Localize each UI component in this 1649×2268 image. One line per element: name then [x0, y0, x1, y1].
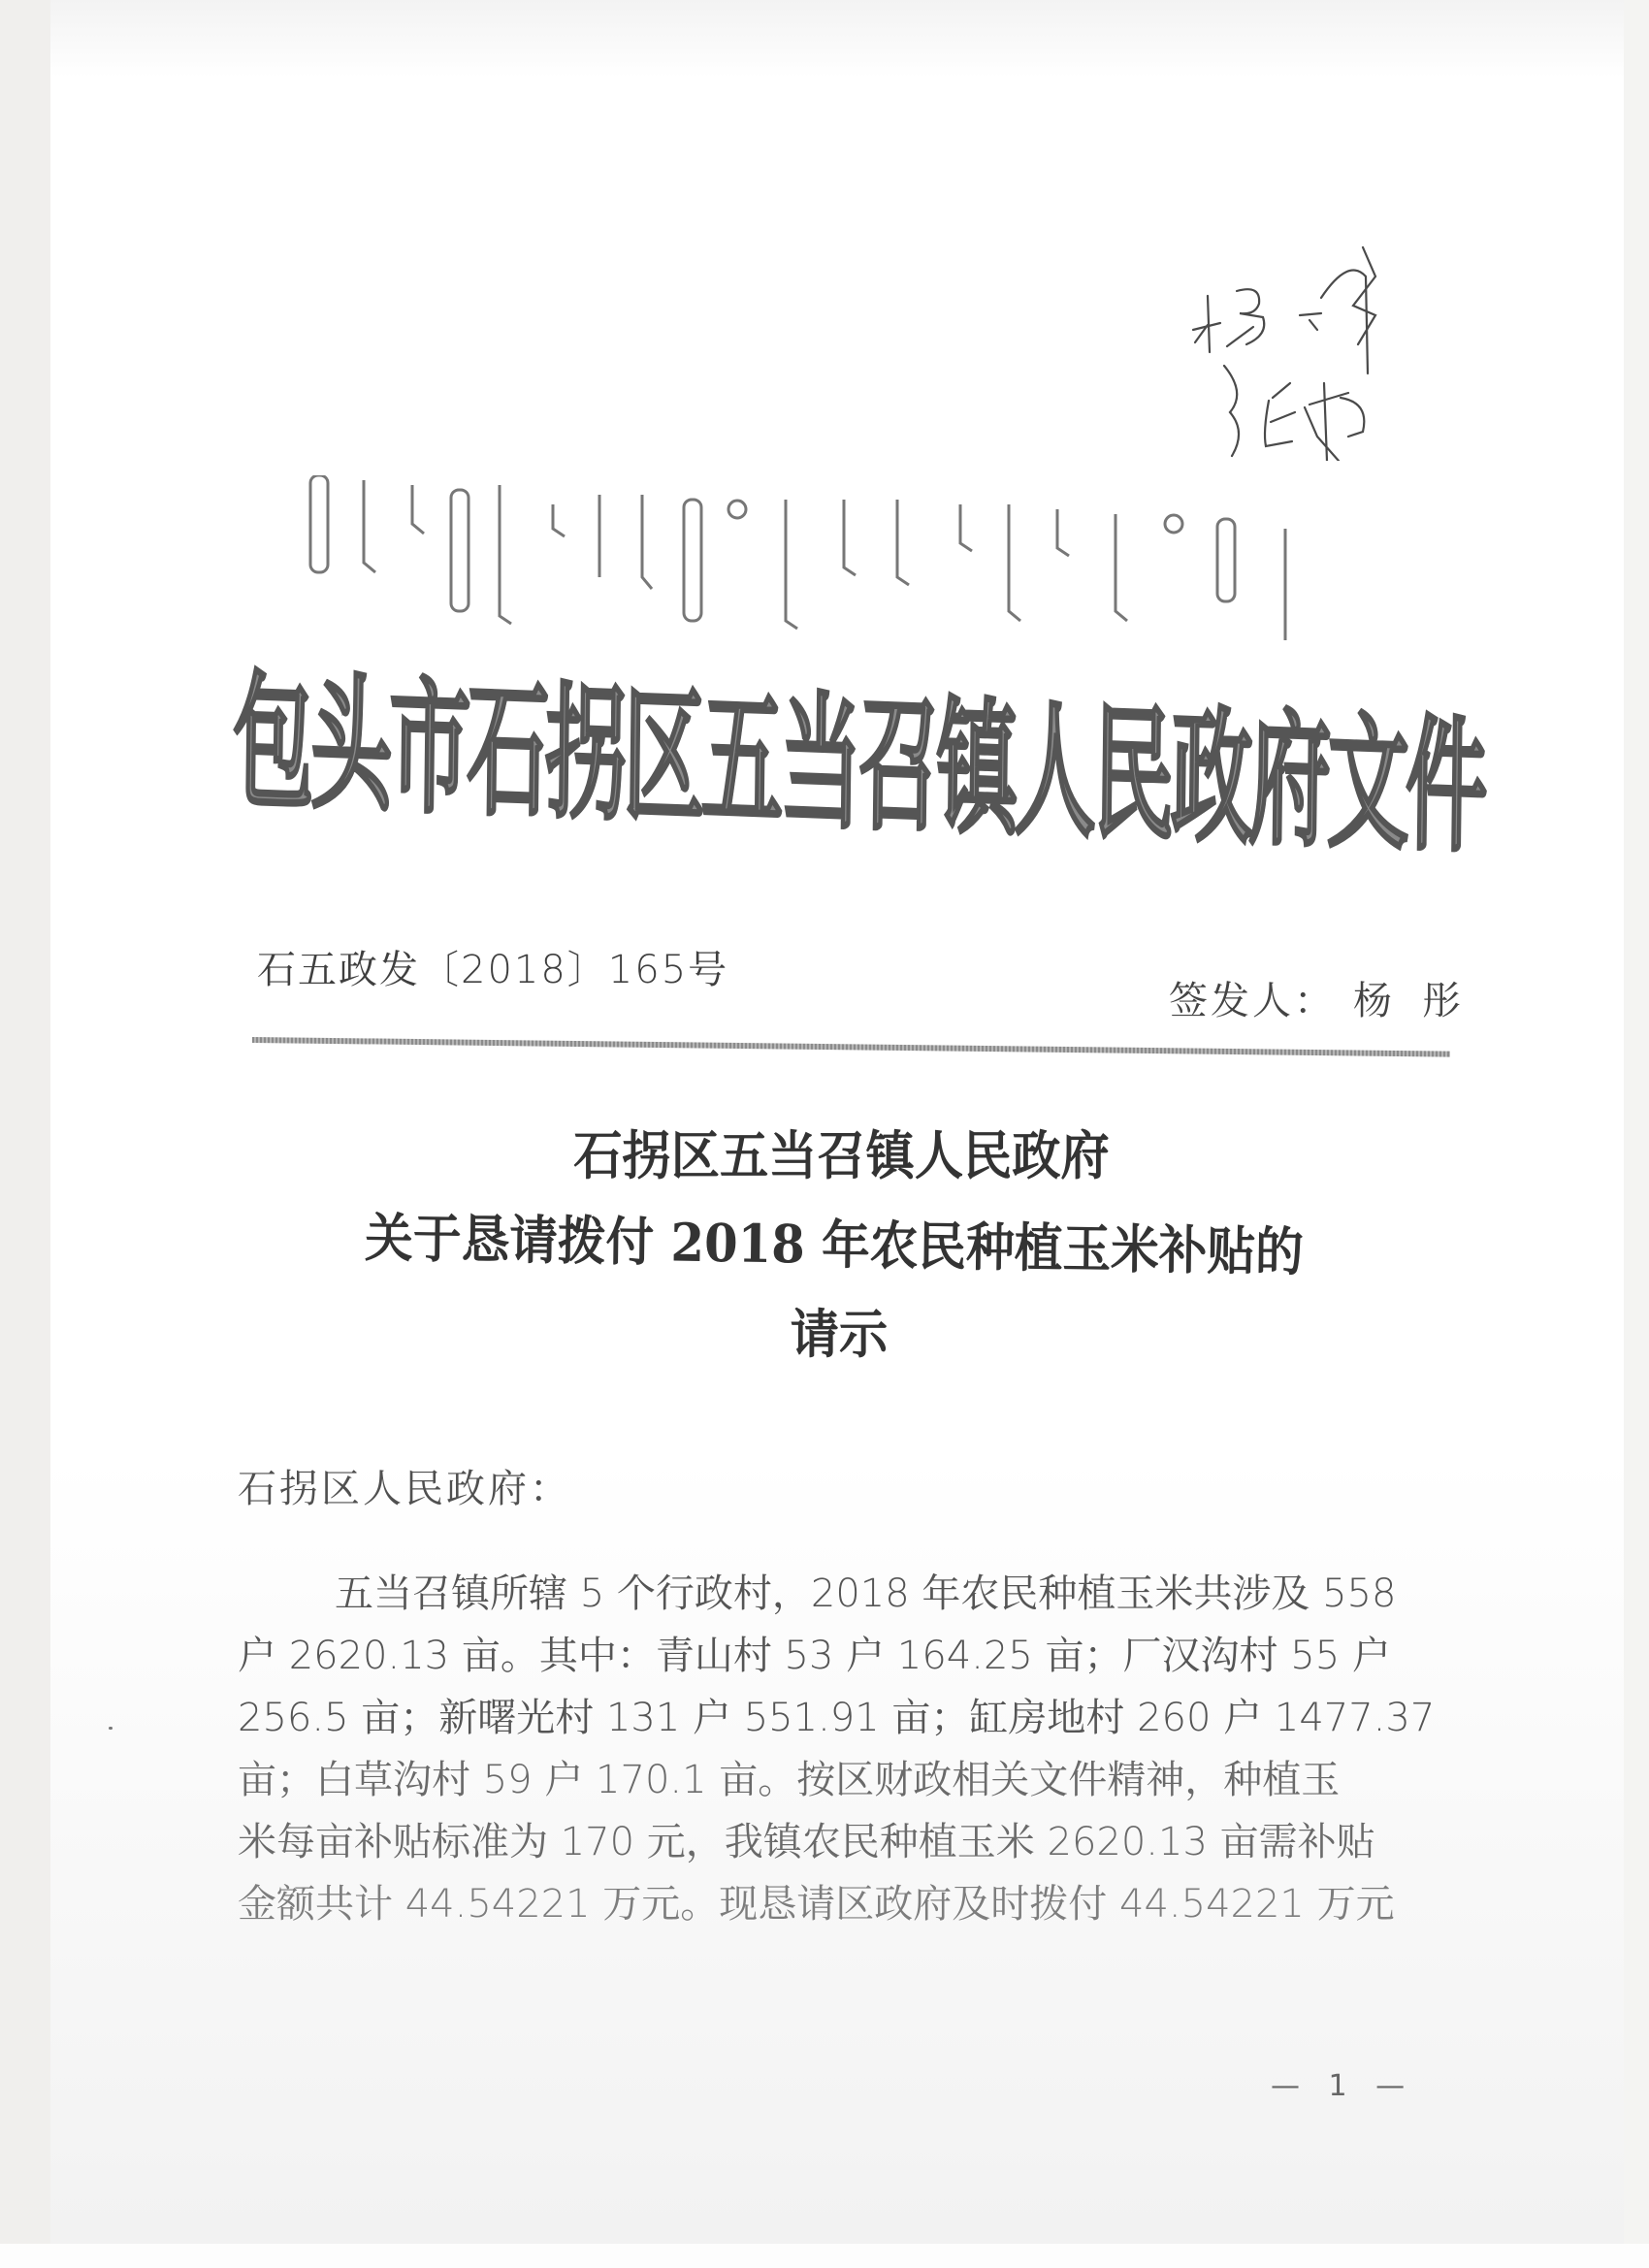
scan-speck	[109, 1727, 113, 1730]
body-line: 五当召镇所辖 5 个行政村，2018 年农民种植玉米共涉及 558	[238, 1563, 1445, 1625]
handwritten-signature	[1154, 238, 1387, 461]
signature-scribble-icon	[1154, 238, 1387, 461]
document-body: 石拐区人民政府： 五当召镇所辖 5 个行政村，2018 年农民种植玉米共涉及 5…	[238, 1460, 1445, 1935]
body-line: 亩；白草沟村 59 户 170.1 亩。按区财政相关文件精神，种植玉	[238, 1749, 1445, 1811]
scan-border-bottom	[0, 2244, 1649, 2268]
issuer-surname: 杨	[1353, 979, 1395, 1023]
masthead: 包头市石拐区五当召镇人民政府文件	[262, 655, 1455, 849]
mongolian-script-icon	[291, 475, 1387, 640]
body-line: 金额共计 44.54221 万元。现恳请区政府及时拨付 44.54221 万元	[238, 1873, 1445, 1935]
title-line-2: 关于恳请拨付 2018 年农民种植玉米补贴的	[280, 1191, 1388, 1297]
document-title: 石拐区五当召镇人民政府 关于恳请拨付 2018 年农民种植玉米补贴的 请示	[272, 1111, 1436, 1378]
issuer-given-name: 彤	[1422, 979, 1464, 1023]
document-number: 石五政发〔2018〕165号	[257, 939, 728, 994]
title-line-3: 请示	[284, 1289, 1394, 1378]
scan-border-left	[0, 0, 50, 2244]
body-line: 256.5 亩；新曙光村 131 户 551.91 亩；缸房地村 260 户 1…	[238, 1687, 1445, 1749]
title-line-1: 石拐区五当召镇人民政府	[289, 1111, 1394, 1200]
issuer: 签发人：杨彤	[1169, 970, 1464, 1025]
body-line: 户 2620.13 亩。其中：青山村 53 户 164.25 亩；厂汉沟村 55…	[238, 1625, 1445, 1687]
issuer-label: 签发人：	[1169, 979, 1336, 1023]
salutation: 石拐区人民政府：	[238, 1460, 1445, 1518]
masthead-title: 包头市石拐区五当召镇人民政府文件	[232, 624, 1485, 880]
page-number: — 1 —	[1271, 2069, 1414, 2103]
mongolian-masthead	[291, 475, 1387, 640]
body-line: 米每亩补贴标准为 170 元，我镇农民种植玉米 2620.13 亩需补贴	[238, 1811, 1445, 1873]
